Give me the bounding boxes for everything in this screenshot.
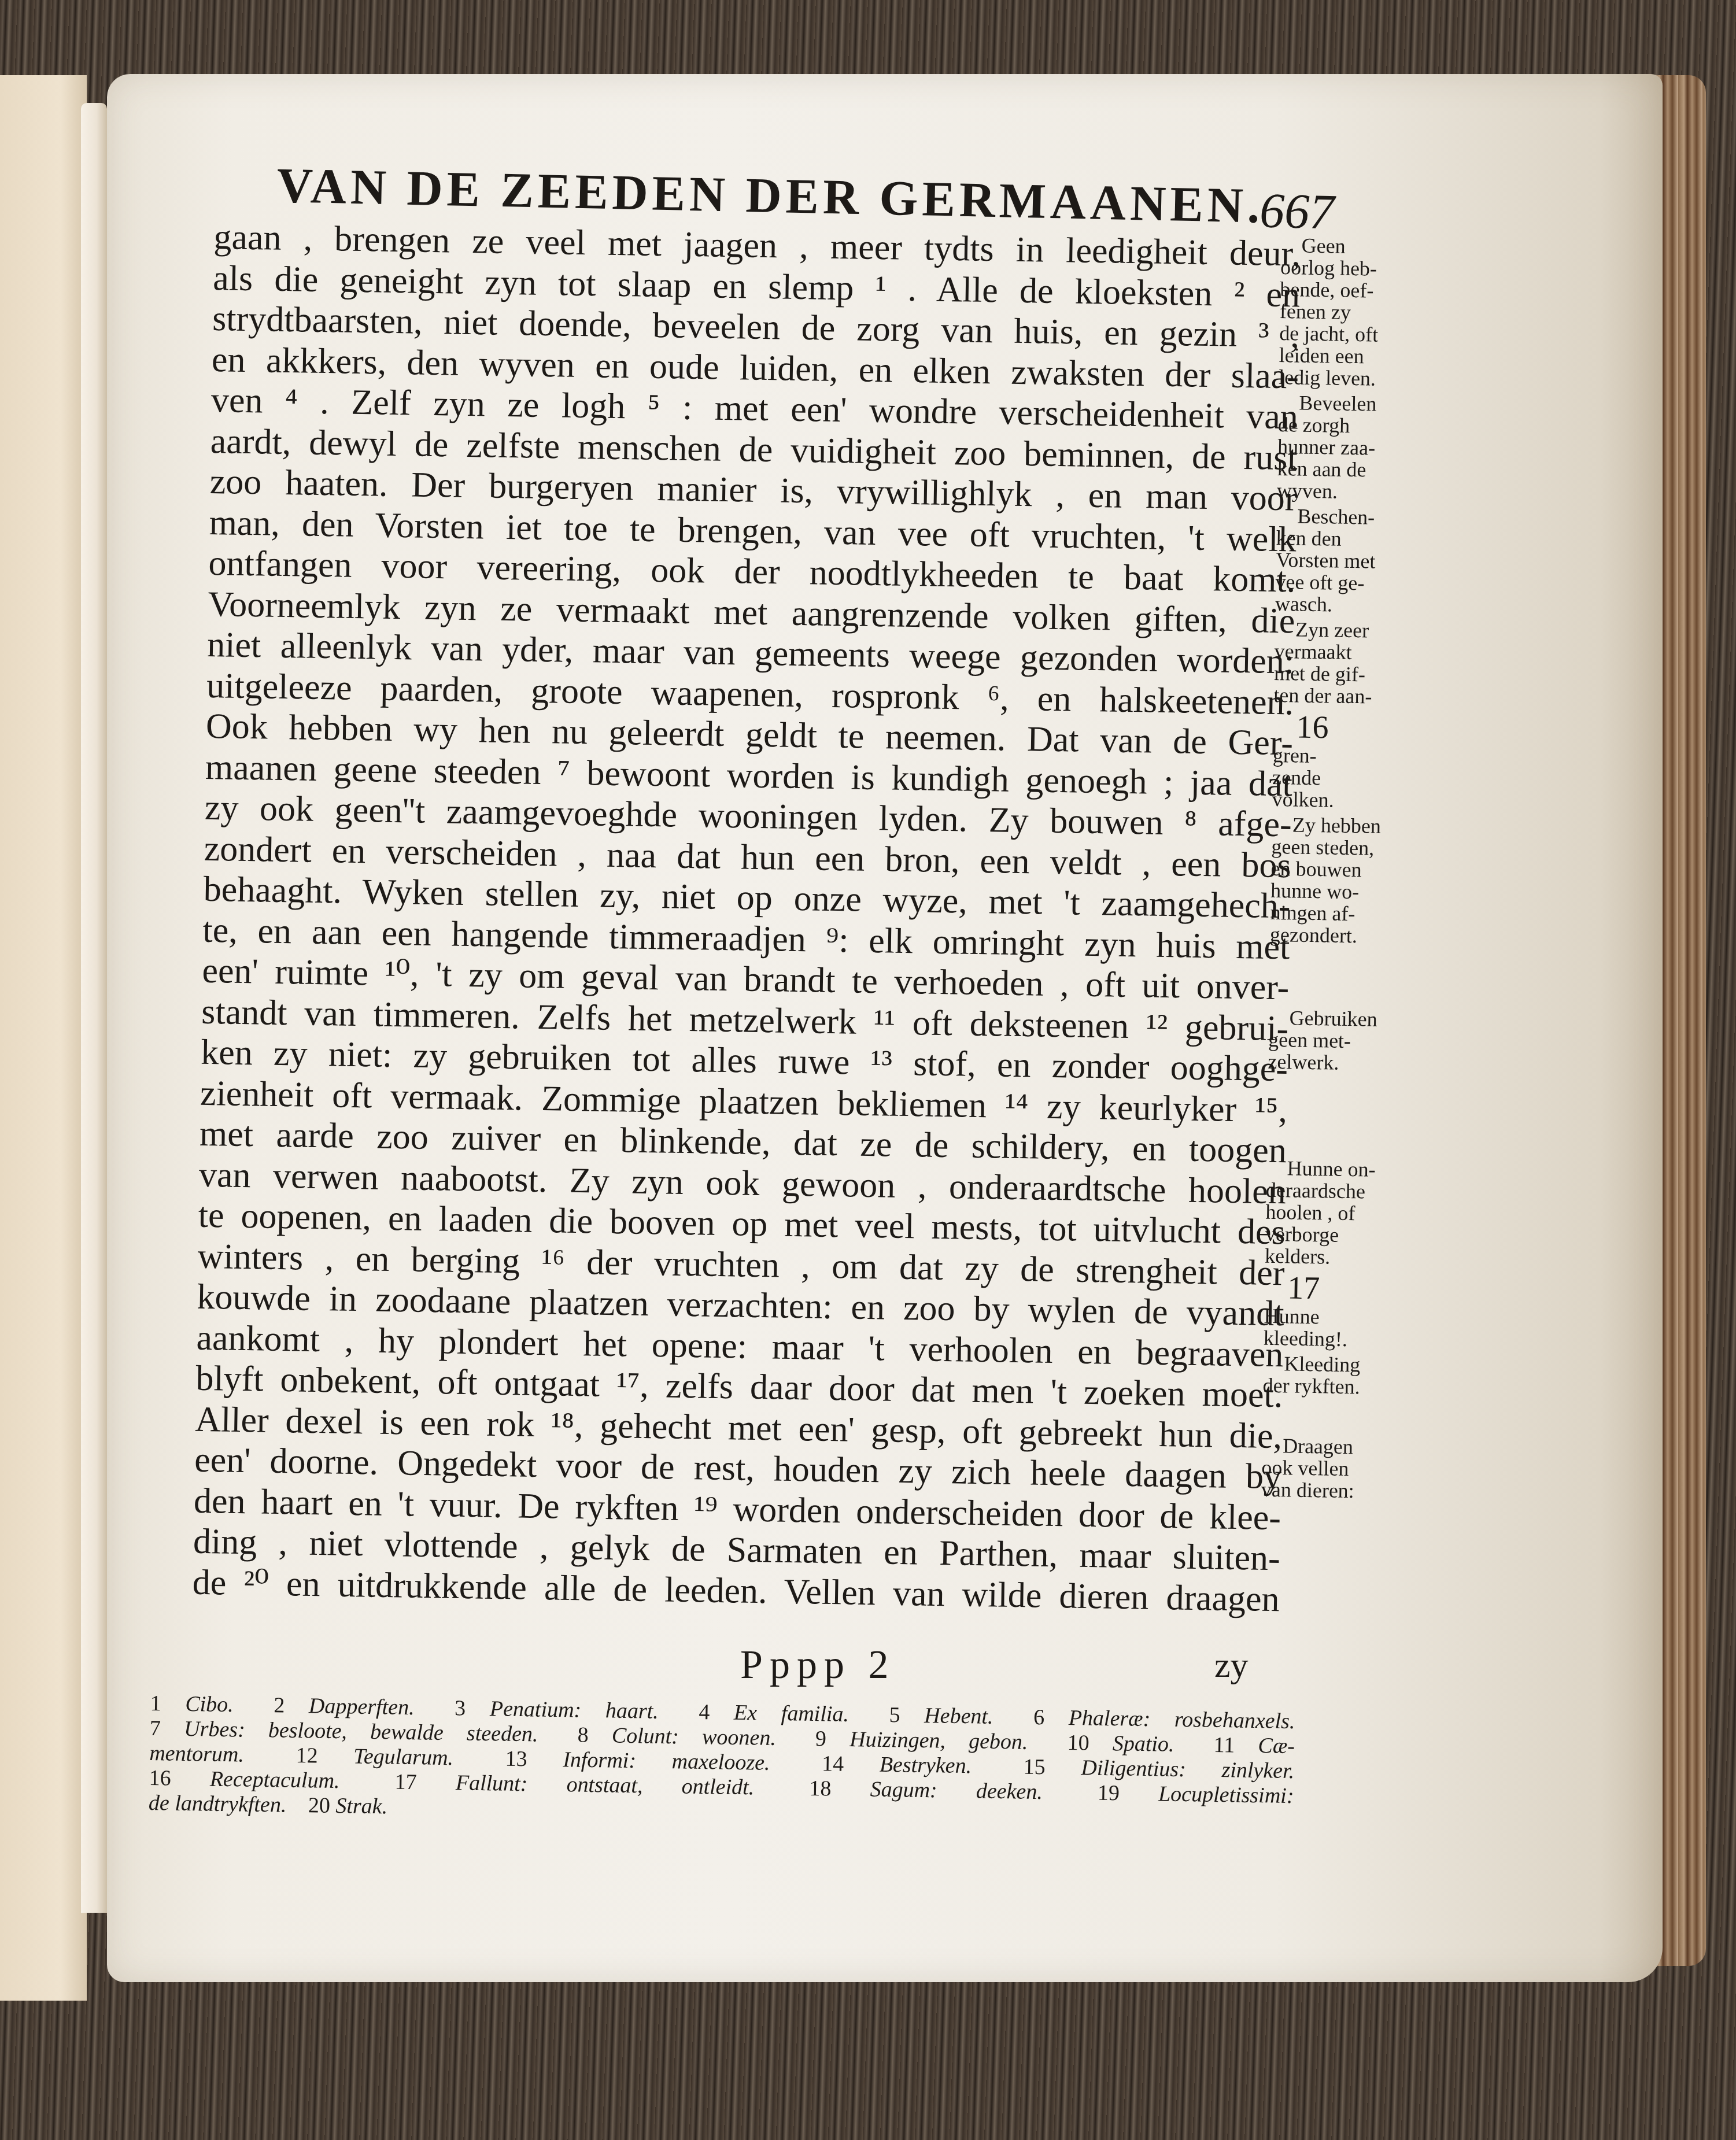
footnote-number: 11: [1213, 1733, 1258, 1758]
margin-note-line: geen met-: [1268, 1029, 1442, 1054]
margin-note-line: bende, oef-: [1280, 278, 1454, 303]
footnote-number: 2: [274, 1693, 309, 1718]
footnote: 6 Phaleræ: rosbehanxels.: [1033, 1705, 1295, 1734]
footnote: mentorum.: [149, 1741, 244, 1767]
footnote-text: Informi: maxelooze.: [563, 1747, 770, 1775]
margin-note-line: hunne wo-: [1270, 879, 1445, 904]
margin-note-line: Beveelen: [1278, 391, 1452, 416]
margin-note: Zyn zeervermaaktmet de gif-ten der aan-: [1273, 618, 1448, 709]
margin-note-line: Kleeding: [1263, 1352, 1437, 1377]
footnote: de landtrykften.: [149, 1791, 287, 1817]
margin-note-line: Hunne on-: [1266, 1157, 1440, 1182]
footnote-number: 5: [889, 1703, 924, 1728]
footnote-number: 4: [699, 1700, 734, 1725]
margin-note-line: zende: [1272, 766, 1446, 791]
footnote-text: Strak.: [335, 1794, 387, 1819]
footnote: 3 Penatium: haart.: [455, 1696, 659, 1724]
margin-note-line: ledig leven.: [1279, 366, 1453, 391]
margin-note-line: deraardsche: [1266, 1179, 1440, 1204]
footnote-number: 7: [150, 1716, 184, 1741]
margin-notes: Geenoorlog heb-bende, oef-fenen zyde jac…: [1261, 234, 1454, 1506]
footnote: 2 Dapperften.: [274, 1693, 415, 1720]
footnote-number: 6: [1033, 1705, 1069, 1730]
margin-note-line: fenen zy: [1280, 300, 1454, 325]
margin-note-line: Beschen-: [1276, 505, 1450, 530]
margin-note-line: Geen: [1280, 234, 1454, 259]
margin-note-line: der rykften.: [1262, 1374, 1436, 1399]
footnotes: 1 Cibo. 2 Dapperften. 3 Penatium: haart.…: [149, 1691, 1295, 1834]
margin-note-line: Zy hebben: [1272, 814, 1446, 838]
margin-note-line: de zorgh: [1278, 413, 1452, 438]
footnote-text: Dapperften.: [309, 1694, 415, 1720]
footnote-text: Huizingen, gebon.: [849, 1727, 1028, 1754]
footnote-text: Cæ-: [1258, 1734, 1295, 1758]
margin-note-line: zelwerk.: [1268, 1051, 1442, 1075]
margin-note: Geenoorlog heb-bende, oef-fenen zyde jac…: [1279, 234, 1454, 391]
margin-note-line: ken den: [1276, 527, 1450, 552]
footnote-text: Receptaculum.: [209, 1767, 339, 1794]
margin-note-line: ken aan de: [1277, 457, 1451, 482]
footnote-text: Locupletissimi:: [1158, 1782, 1294, 1808]
facing-left-page: [0, 75, 87, 2001]
page-gutter-edge: [81, 103, 107, 1913]
margin-note: 17Hunnekleeding!.: [1264, 1270, 1438, 1352]
footnote: 10 Spatio.: [1067, 1731, 1174, 1757]
footnote-text: Hebent.: [924, 1703, 993, 1729]
margin-note-line: vee oft ge-: [1275, 571, 1449, 596]
footnote: 11 Cæ-: [1213, 1733, 1295, 1758]
footnote: 19 Locupletissimi:: [1098, 1781, 1294, 1808]
margin-note-line: volken.: [1272, 788, 1446, 813]
footnote-number: 12: [296, 1743, 353, 1769]
footnote-text: Diligentius: zinlyker.: [1081, 1755, 1294, 1783]
footnote-text: Sagum: deeken.: [870, 1777, 1043, 1805]
footnote: 4 Ex familia.: [699, 1700, 849, 1727]
margin-note: Gebruikengeen met-zelwerk.: [1268, 1007, 1442, 1075]
margin-note-line: en bouwen: [1270, 858, 1445, 882]
footnote-text: Cibo.: [185, 1692, 234, 1717]
page-number: 667: [1259, 182, 1335, 241]
footnote-number: 13: [505, 1747, 563, 1772]
catchword: zy: [1214, 1645, 1249, 1686]
footnote-number: 3: [455, 1696, 490, 1721]
margin-note-line: van dieren:: [1261, 1479, 1435, 1503]
footnote: 5 Hebent.: [889, 1703, 993, 1729]
margin-note: Kleedingder rykften.: [1262, 1352, 1436, 1399]
margin-note-line: wasch.: [1275, 593, 1449, 618]
section-number: 16: [1273, 709, 1447, 747]
margin-note: 16gren-zendevolken.: [1272, 709, 1447, 813]
footnote: 1 Cibo.: [150, 1691, 234, 1717]
margin-note-line: Draagen: [1262, 1435, 1436, 1459]
margin-note-line: hoolen , of: [1265, 1201, 1439, 1226]
footnote-text: Ex familia.: [734, 1701, 849, 1727]
footnote: 8 Colunt: woonen.: [577, 1723, 776, 1750]
footnote-text: Colunt: woonen.: [612, 1724, 777, 1750]
footnote: 9 Huizingen, gebon.: [815, 1727, 1028, 1754]
margin-note-line: ook vellen: [1261, 1457, 1435, 1481]
footnote-number: 8: [577, 1723, 612, 1748]
footnote-text: Spatio.: [1113, 1731, 1174, 1757]
footnote-number: 1: [150, 1691, 185, 1716]
footnote-text: Penatium: haart.: [490, 1697, 659, 1724]
margin-note-line: Vorsten met: [1276, 549, 1450, 574]
margin-note-line: met de gif-: [1274, 662, 1448, 687]
footnote-number: 14: [822, 1751, 880, 1777]
footnote-text: Fallunt: ontstaat, ontleidt.: [456, 1771, 755, 1799]
footnote-number: 9: [815, 1727, 850, 1751]
margin-note: Zy hebbengeen steden,en bouwenhunne wo-n…: [1270, 814, 1446, 948]
footnote-number: 15: [1023, 1755, 1081, 1780]
margin-note-line: ningen af-: [1270, 901, 1444, 926]
footnote-text: de landtrykften.: [149, 1791, 287, 1817]
margin-note-line: ten der aan-: [1273, 684, 1447, 709]
margin-note-line: Gebruiken: [1268, 1007, 1442, 1032]
footnote: 20 Strak.: [308, 1793, 388, 1819]
footnote-number: 19: [1098, 1781, 1159, 1806]
footnote: 13 Informi: maxelooze.: [505, 1747, 770, 1775]
margin-note-line: verborge: [1265, 1223, 1439, 1248]
margin-note-line: Zyn zeer: [1275, 618, 1449, 643]
margin-note-line: leiden een: [1279, 344, 1453, 369]
footnote: 15 Diligentius: zinlyker.: [1023, 1755, 1294, 1783]
margin-note-line: kelders.: [1265, 1245, 1439, 1270]
footnote-number: 18: [809, 1776, 870, 1802]
margin-note-line: Hunne: [1264, 1305, 1438, 1330]
margin-note: Hunne on-deraardschehoolen , ofverborgek…: [1265, 1157, 1440, 1270]
footnote: 17 Fallunt: ontstaat, ontleidt.: [394, 1770, 754, 1800]
margin-note-line: gren-: [1273, 744, 1447, 769]
footnote-text: Bestryken.: [879, 1753, 972, 1778]
margin-note-line: geen steden,: [1271, 836, 1445, 860]
margin-note-line: vermaakt: [1274, 640, 1448, 665]
footnote-number: 17: [394, 1770, 456, 1795]
margin-note-line: oorlog heb-: [1280, 256, 1454, 281]
footnote-text: Tegularum.: [353, 1744, 453, 1771]
footnote: 14 Bestryken.: [822, 1751, 972, 1778]
margin-note: Beschen-ken denVorsten metvee oft ge-was…: [1275, 505, 1450, 618]
footnote: 12 Tegularum.: [296, 1743, 453, 1770]
footnote-number: 20: [308, 1793, 336, 1818]
margin-note-line: gezondert.: [1270, 923, 1444, 948]
margin-note: Draagenook vellenvan dieren:: [1261, 1435, 1436, 1503]
margin-note-line: hunner zaa-: [1277, 435, 1451, 460]
footnote: 16 Receptaculum.: [149, 1766, 340, 1793]
body-text: gaan , brengen ze veel met jaagen , meer…: [192, 217, 1301, 1620]
footnote-text: Phaleræ: rosbehanxels.: [1068, 1706, 1295, 1734]
signature-mark: Pppp 2: [740, 1642, 895, 1688]
footnote-number: 16: [149, 1766, 210, 1791]
margin-note-line: wyven.: [1277, 479, 1451, 504]
margin-note-line: kleeding!.: [1264, 1327, 1438, 1352]
margin-note-line: de jacht, oft: [1279, 322, 1453, 347]
footnote: 18 Sagum: deeken.: [809, 1776, 1043, 1804]
footnote-text: mentorum.: [149, 1741, 244, 1767]
footnote-number: 10: [1067, 1731, 1113, 1755]
margin-note: Beveelende zorghhunner zaa-ken aan dewyv…: [1277, 391, 1452, 504]
section-number: 17: [1264, 1270, 1438, 1308]
